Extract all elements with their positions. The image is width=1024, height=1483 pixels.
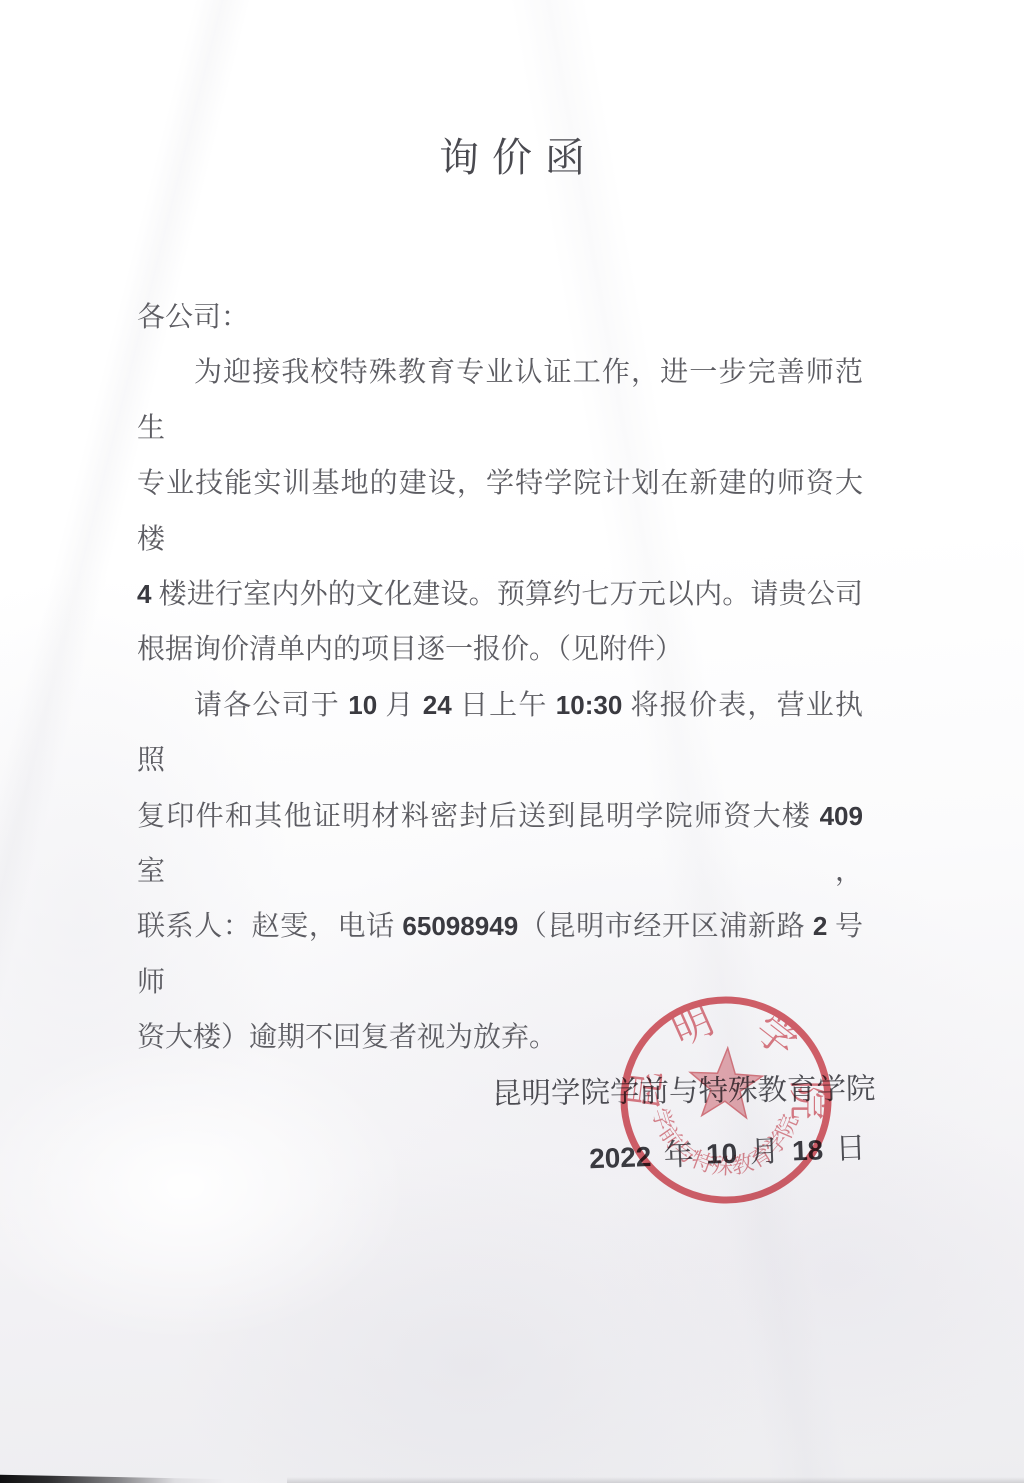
body-line: 复印件和其他证明材料密封后送到昆明学院师资大楼 409 室， <box>137 789 863 900</box>
body-line: 4 楼进行室内外的文化建设。预算约七万元以内。请贵公司 <box>137 567 863 622</box>
page-bottom-shadow <box>287 1477 1024 1483</box>
seal-ring-char: 院 <box>785 1080 830 1120</box>
scanned-letter-page: 询价函 各公司： 为迎接我校特殊教育专业认证工作，进一步完善师范生 专业技能实训… <box>0 0 1024 1483</box>
letter-body: 各公司： 为迎接我校特殊教育专业认证工作，进一步完善师范生 专业技能实训基地的建… <box>137 290 863 1066</box>
document-title: 询价函 <box>0 126 1024 183</box>
page-corner-edge <box>0 1472 265 1483</box>
seal-graphic: 昆 明 学 院 学前与特殊教育学院 <box>600 974 852 1226</box>
seal-ring-char: 明 <box>665 997 720 1054</box>
seal-star <box>688 1046 764 1118</box>
body-line: 请各公司于 10 月 24 日上午 10:30 将报价表，营业执照 <box>137 678 863 789</box>
seal-ring-char: 学 <box>747 1006 806 1066</box>
body-line: 根据询价清单内的项目逐一报价。（见附件） <box>137 622 863 677</box>
body-line: 为迎接我校特殊教育专业认证工作，进一步完善师范生 <box>137 345 863 456</box>
official-seal: 昆 明 学 院 学前与特殊教育学院 <box>600 974 852 1226</box>
seal-bottom-arc-text: 学前与特殊教育学院 <box>644 1104 804 1183</box>
salutation: 各公司： <box>137 290 863 345</box>
body-line: 专业技能实训基地的建设，学特学院计划在新建的师资大楼 <box>137 456 863 567</box>
seal-ring-char: 昆 <box>620 1067 670 1112</box>
